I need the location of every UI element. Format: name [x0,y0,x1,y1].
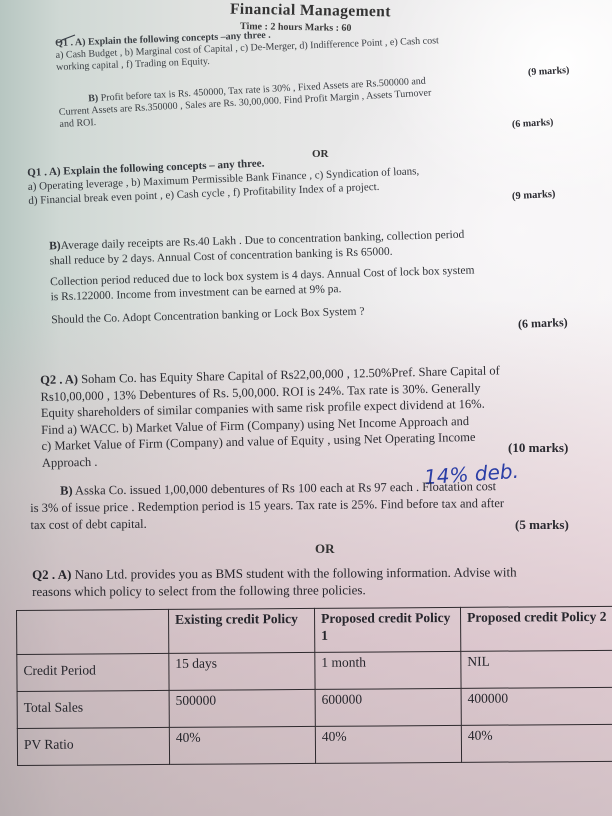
question-label: B) [49,240,61,252]
question-label: Q2 . A) [32,567,71,582]
table-cell: Credit Period [17,653,169,691]
table-header-cell [17,609,169,654]
table-row: Total Sales 500000 600000 400000 [17,687,612,728]
question-label: B) [60,484,73,498]
question-line: Asska Co. issued 1,00,000 debentures of … [75,479,496,497]
marks-label: (5 marks) [515,517,569,533]
table-header-cell: Proposed credit Policy 2 [460,606,612,651]
exam-title: Financial Management [230,1,391,22]
table-cell: 500000 [169,689,315,727]
table-header-row: Existing credit Policy Proposed credit P… [17,606,612,654]
q1-alt-section-b: B)Average daily receipts are Rs.40 Lakh … [25,227,476,328]
question-label: Q1 . A) [55,37,86,49]
question-label: B) [88,93,99,105]
table-cell: Total Sales [17,690,169,728]
table-cell: 1 month [315,651,461,689]
table-row: PV Ratio 40% 40% 40% [17,724,612,765]
table-cell: 40% [169,726,315,764]
q2-section-a: Q2 . A) Soham Co. has Equity Share Capit… [40,362,502,471]
question-label: Q2 . A) [40,372,78,387]
marks-label: (10 marks) [508,440,568,456]
table-row: Credit Period 15 days 1 month NIL [17,650,612,691]
question-label: Q1 . A) [27,166,61,179]
table-cell: 400000 [461,687,612,725]
table-cell: 15 days [169,652,315,690]
q2-alt-section-a: Q2 . A) Nano Ltd. provides you as BMS st… [32,563,517,600]
q1-section-b: B) Profit before tax is Rs. 450000, Tax … [58,75,432,130]
table-header-cell: Existing credit Policy [168,608,314,653]
question-line: tax cost of debt capital. [30,512,504,534]
q2-section-b: B) Asska Co. issued 1,00,000 debentures … [30,478,504,534]
credit-policy-table: Existing credit Policy Proposed credit P… [16,606,612,766]
question-line: reasons which policy to select from the … [32,580,517,600]
marks-label: (6 marks) [512,117,554,130]
or-divider: OR [315,541,335,557]
marks-label: (9 marks) [528,65,570,78]
table-cell: PV Ratio [17,727,169,765]
table-cell: NIL [461,650,612,688]
marks-label: (9 marks) [512,189,556,202]
table-cell: 600000 [315,688,461,726]
marks-label: (6 marks) [518,315,568,332]
table-header-cell: Proposed credit Policy 1 [314,607,460,652]
question-line: Nano Ltd. provides you as BMS student wi… [75,564,517,581]
q1-section-a: Q1 . A) Explain the following concepts –… [55,23,439,74]
question-line: Should the Co. Adopt Concentration banki… [27,301,476,329]
table-cell: 40% [461,724,612,762]
table-cell: 40% [315,725,461,763]
q1-alt-section-a: Q1 . A) Explain the following concepts –… [27,150,420,208]
